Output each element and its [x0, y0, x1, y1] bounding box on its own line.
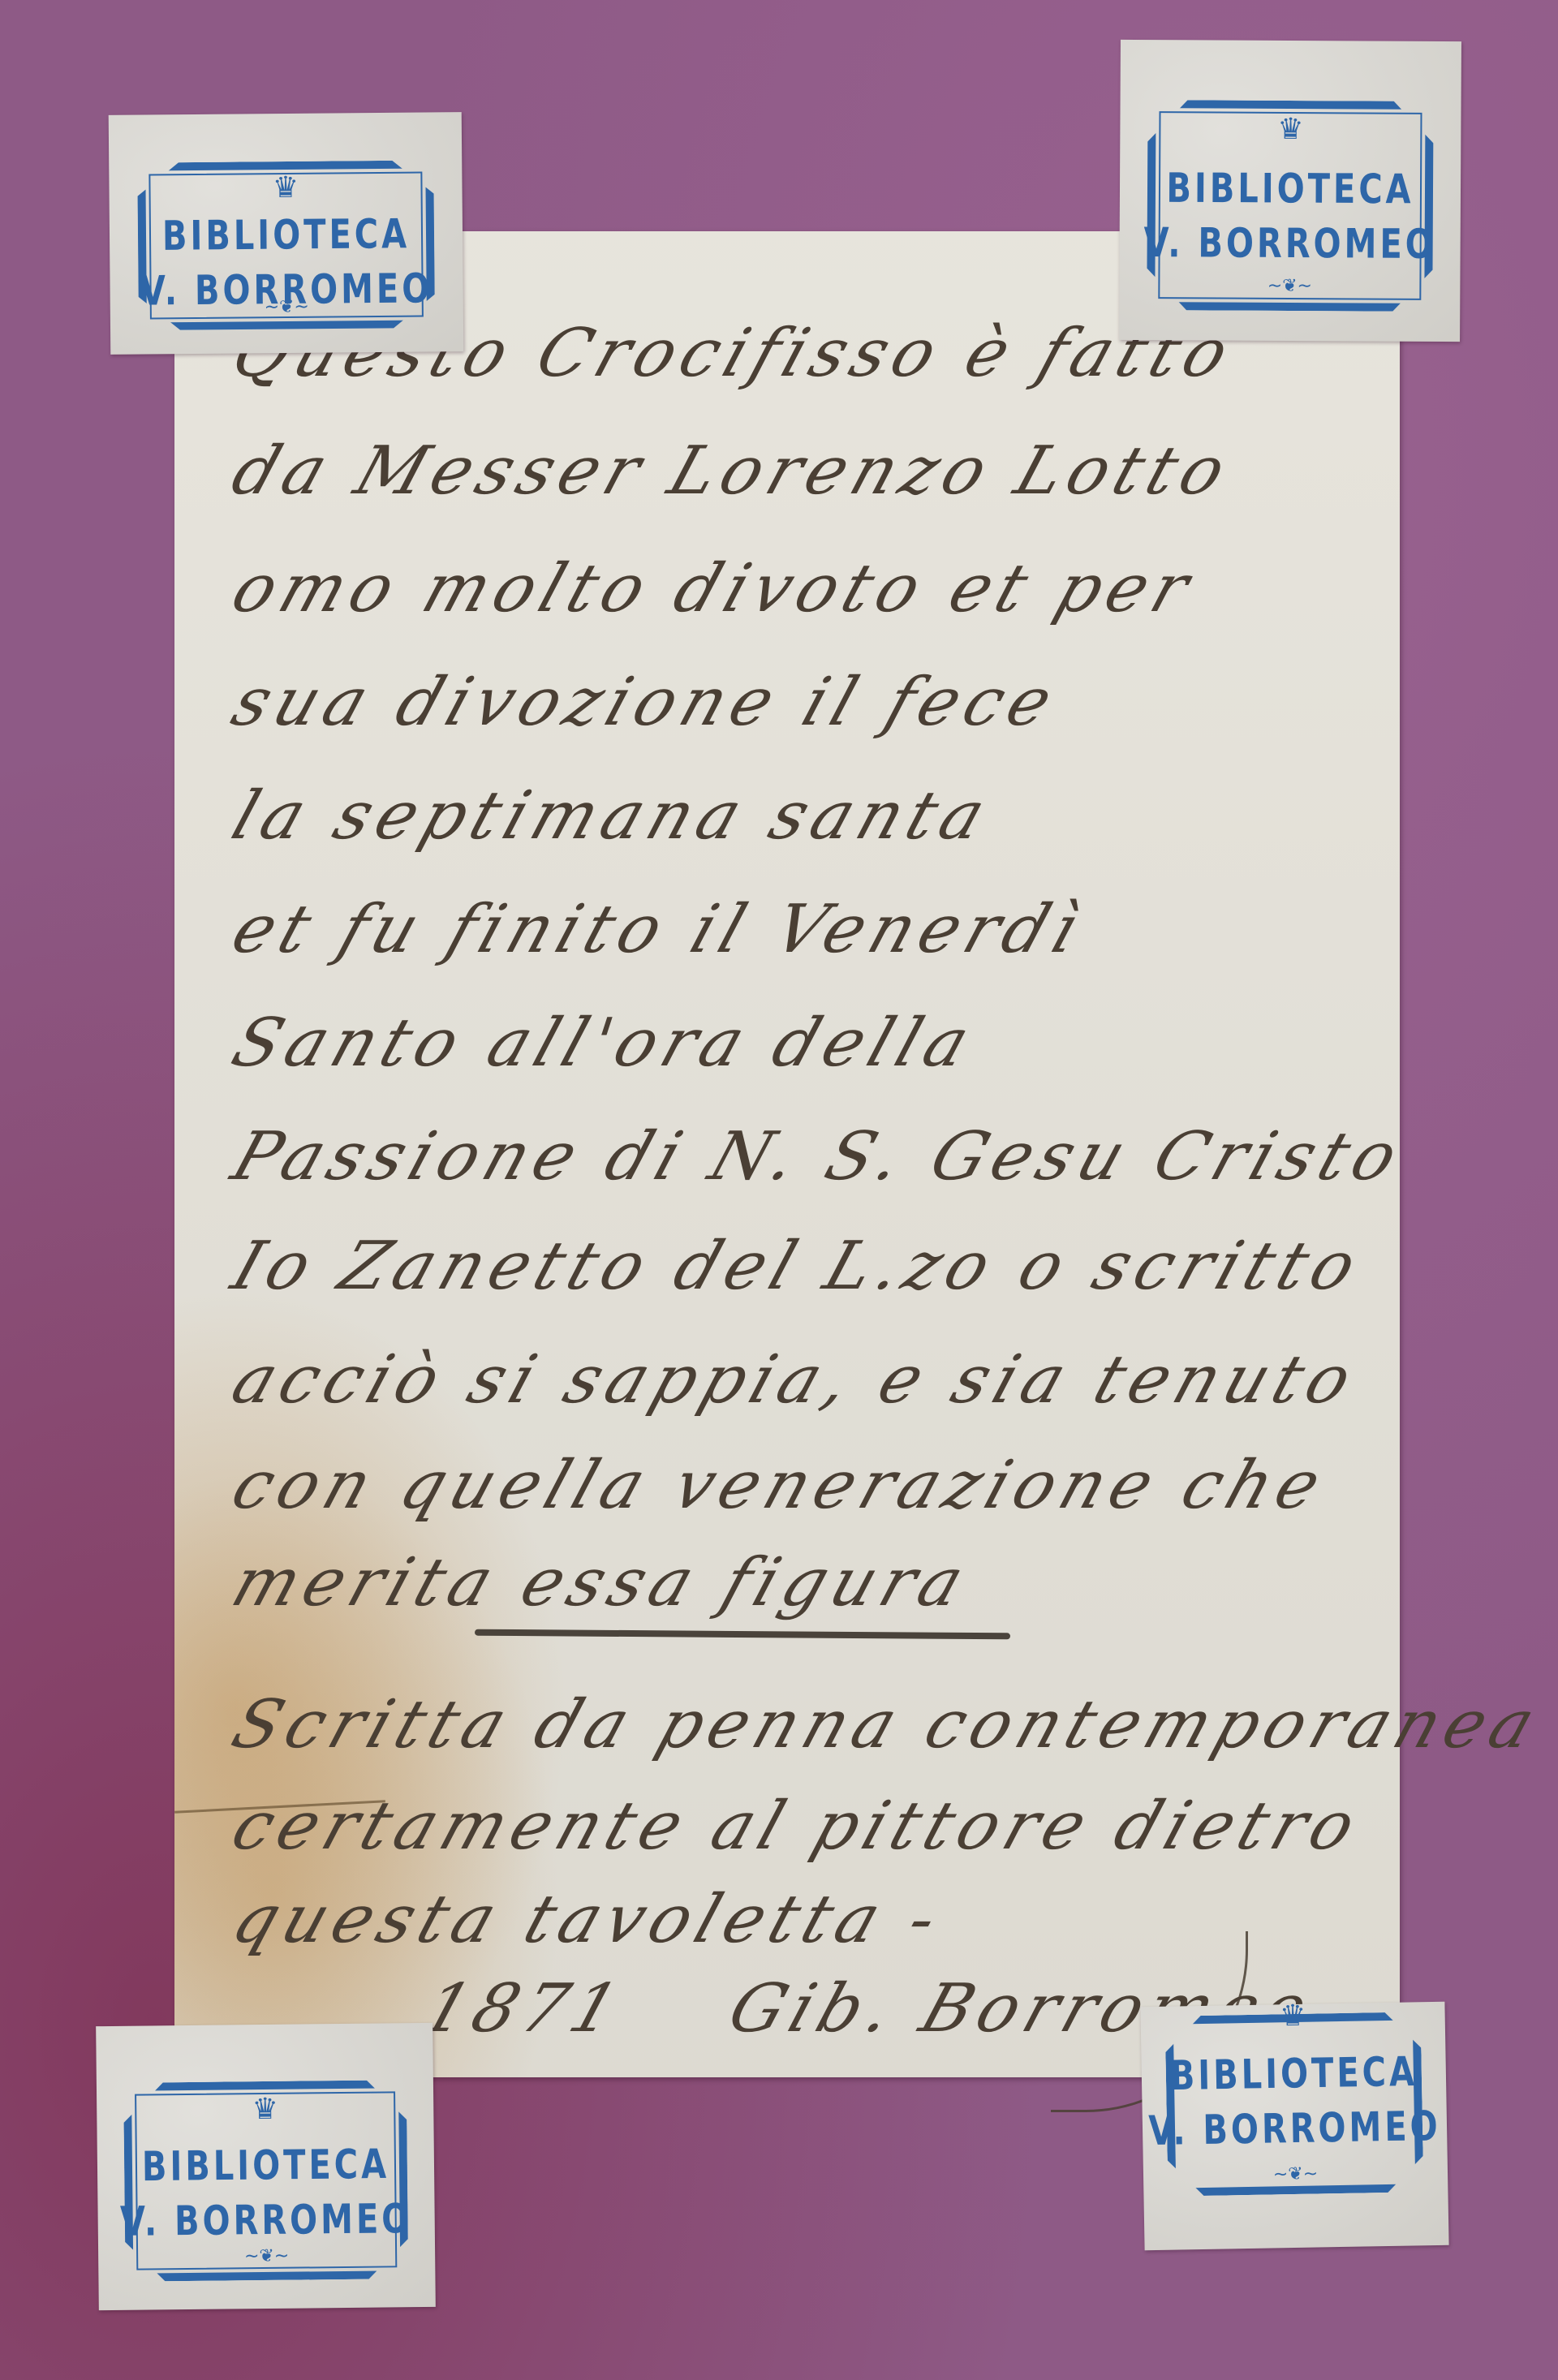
label-line-2: V. BORROMEO [97, 2192, 435, 2250]
text-line-10: acciò si sappia, e sia tenuto [225, 1347, 1379, 1414]
library-label-top-left: ♛ BIBLIOTECA V. BORROMEO ~❦~ [109, 112, 464, 355]
text-line-2: da Messer Lorenzo Lotto [225, 438, 1379, 505]
flourish-icon: ~❦~ [265, 297, 310, 317]
text-line-8: Passione di N. S. Gesu Cristo [225, 1124, 1379, 1190]
label-line-2: V. BORROMEO [1143, 2099, 1448, 2159]
note-line-1: Scritta da penna contemporanea [225, 1692, 1379, 1758]
crown-icon: ♛ [252, 2093, 278, 2126]
text-line-3: omo molto divoto et per [225, 556, 1379, 622]
signature-year: 1871 [414, 1970, 635, 2047]
text-line-5: la septimana santa [225, 783, 1379, 850]
library-label-top-right: ♛ BIBLIOTECA V. BORROMEO ~❦~ [1119, 40, 1461, 342]
label-text: BIBLIOTECA V. BORROMEO [1141, 2044, 1447, 2159]
label-line-1: BIBLIOTECA [1141, 2044, 1446, 2104]
crown-icon: ♛ [273, 171, 299, 204]
text-line-7: Santo all'ora della [225, 1010, 1379, 1077]
note-line-2: certamente al pittore dietro [225, 1793, 1379, 1860]
divider-line [475, 1629, 1010, 1640]
text-line-12: merita essa figura [225, 1550, 1379, 1616]
text-line-4: sua divozione il fece [225, 669, 1379, 736]
text-line-11: con quella venerazione che [225, 1453, 1379, 1519]
crown-icon: ♛ [1277, 113, 1303, 146]
flourish-icon: ~❦~ [244, 2245, 290, 2266]
label-line-1: BIBLIOTECA [110, 206, 463, 264]
library-label-bottom-right: ♛ BIBLIOTECA V. BORROMEO ~❦~ [1140, 2002, 1448, 2250]
purple-mount-board: Questo Crocifisso è fatto da Messer Lore… [0, 0, 1558, 2380]
label-text: BIBLIOTECA V. BORROMEO [97, 2137, 435, 2249]
flourish-icon: ~❦~ [1267, 275, 1312, 295]
label-line-1: BIBLIOTECA [1120, 161, 1461, 217]
flourish-icon: ~❦~ [1273, 2164, 1319, 2185]
crown-icon: ♛ [1280, 1999, 1306, 2034]
handwritten-sheet: Questo Crocifisso è fatto da Messer Lore… [174, 231, 1400, 2077]
label-text: BIBLIOTECA V. BORROMEO [1119, 161, 1461, 272]
library-label-bottom-left: ♛ BIBLIOTECA V. BORROMEO ~❦~ [96, 2023, 436, 2310]
label-line-1: BIBLIOTECA [97, 2137, 435, 2195]
label-line-2: V. BORROMEO [1119, 216, 1460, 273]
text-line-9: Io Zanetto del L.zo o scritto [225, 1233, 1379, 1300]
text-line-6: et fu finito il Venerdì [225, 897, 1379, 963]
